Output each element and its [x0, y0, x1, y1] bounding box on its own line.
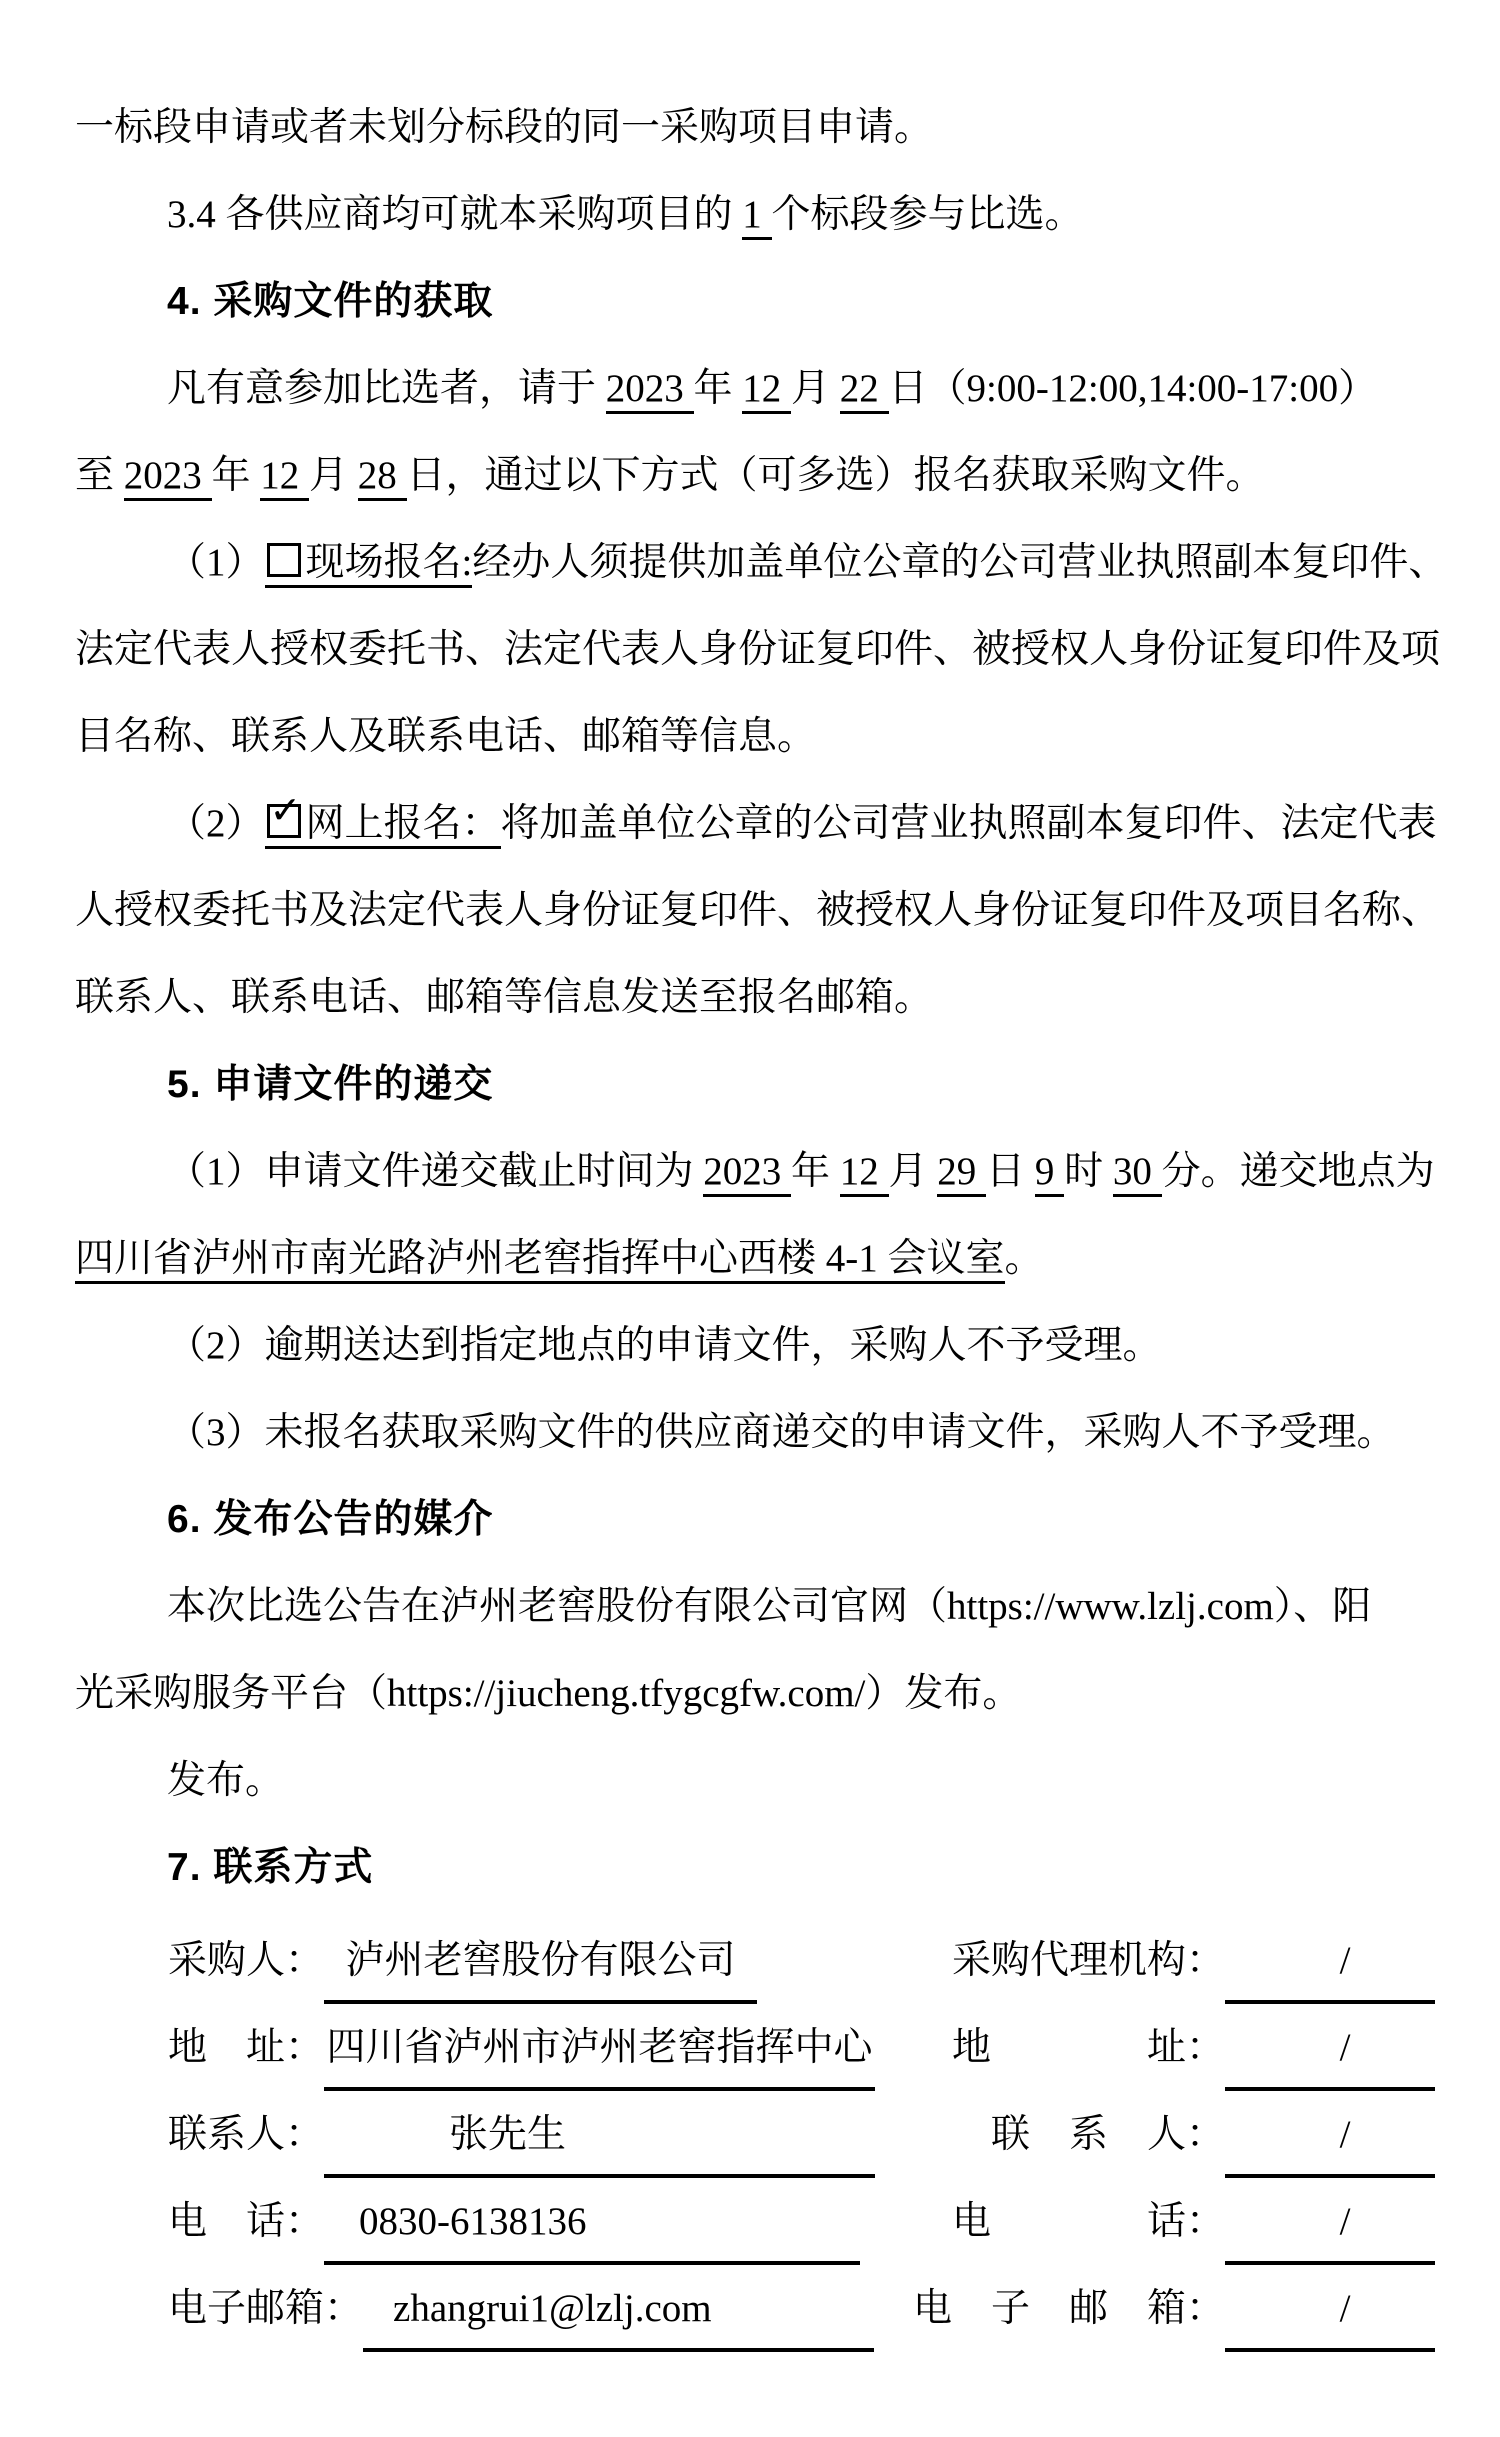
document-line: 至 2023 年 12 月 28 日，通过以下方式（可多选）报名获取采购文件。: [75, 432, 1460, 519]
text-segment: 日，通过以下方式（可多选）报名获取采购文件。: [407, 454, 1265, 497]
text-segment: 5. 申请文件的递交: [167, 1063, 493, 1106]
contact-label: 地 址：: [168, 2018, 324, 2078]
document-line: （2）✓网上报名：将加盖单位公章的公司营业执照副本复印件、法定代表: [75, 780, 1460, 867]
contact-field-value: /: [1225, 2105, 1435, 2178]
contact-label: 地 址：: [952, 2018, 1225, 2078]
contact-label: 电子邮箱：: [168, 2279, 363, 2339]
section-heading: 7. 联系方式: [75, 1824, 1460, 1911]
text-segment: 月: [889, 1150, 938, 1193]
text-segment: 年: [212, 454, 261, 497]
contact-field-value: 0830-6138136: [324, 2192, 860, 2265]
document-page: 一标段申请或者未划分标段的同一采购项目申请。3.4 各供应商均可就本采购项目的 …: [0, 0, 1500, 2437]
contact-label: 联 系 人：: [991, 2105, 1225, 2165]
text-segment: 目名称、联系人及联系电话、邮箱等信息。: [75, 715, 816, 758]
contact-row: 联系人：张先生联 系 人：/: [168, 2105, 1435, 2192]
contact-row: 电 话：0830-6138136电 话：/: [168, 2192, 1435, 2279]
contact-field-value: /: [1225, 2192, 1435, 2265]
document-line: 一标段申请或者未划分标段的同一采购项目申请。: [75, 84, 1460, 171]
text-segment: 月: [791, 367, 840, 410]
contact-label: 采购人：: [168, 1931, 324, 1991]
text-segment: 9: [1035, 1150, 1064, 1197]
text-segment: 至: [75, 454, 124, 497]
text-segment: 6. 发布公告的媒介: [167, 1498, 493, 1541]
text-segment: 经办人须提供加盖单位公章的公司营业执照副本复印件、: [472, 541, 1447, 584]
text-segment: 年: [791, 1150, 840, 1193]
contact-label: 电 子 邮 箱：: [913, 2279, 1225, 2339]
text-segment: 1: [742, 193, 771, 240]
text-segment: 法定代表人授权委托书、法定代表人身份证复印件、被授权人身份证复印件及项: [75, 628, 1440, 671]
text-segment: 发布。: [167, 1759, 284, 1802]
document-line: 凡有意参加比选者，请于 2023 年 12 月 22 日（9:00-12:00,…: [75, 345, 1460, 432]
text-segment: （2）: [167, 802, 265, 845]
contact-row: 采购人：泸州老窖股份有限公司采购代理机构：/: [168, 1931, 1435, 2018]
document-line: 3.4 各供应商均可就本采购项目的 1 个标段参与比选。: [75, 171, 1460, 258]
text-segment: 28: [358, 454, 407, 501]
text-segment: 日（9:00-12:00,14:00-17:00）: [889, 367, 1378, 410]
text-segment: 将加盖单位公章的公司营业执照副本复印件、法定代表: [501, 802, 1437, 845]
text-segment: 4. 采购文件的获取: [167, 280, 493, 323]
section-heading: 5. 申请文件的递交: [75, 1041, 1460, 1128]
document-line: 本次比选公告在泸州老窖股份有限公司官网（https://www.lzlj.com…: [75, 1563, 1460, 1650]
contact-row: 电子邮箱：zhangrui1@lzlj.com电 子 邮 箱：/: [168, 2279, 1435, 2366]
text-segment: （2）逾期送达到指定地点的申请文件，采购人不予受理。: [167, 1324, 1162, 1367]
contact-field-value: /: [1225, 2279, 1435, 2352]
document-line: 光采购服务平台（https://jiucheng.tfygcgfw.com/）发…: [75, 1650, 1460, 1737]
text-segment: 12: [742, 367, 791, 414]
text-segment: 12: [840, 1150, 889, 1197]
contact-row: 地 址：四川省泸州市泸州老窖指挥中心地 址：/: [168, 2018, 1435, 2105]
text-segment: 。: [1005, 1237, 1044, 1280]
text-segment: 2023: [703, 1150, 791, 1197]
checkbox-checked-icon[interactable]: ✓: [267, 804, 301, 838]
section-heading: 4. 采购文件的获取: [75, 258, 1460, 345]
document-line: （1）现场报名:经办人须提供加盖单位公章的公司营业执照副本复印件、: [75, 519, 1460, 606]
text-segment: 凡有意参加比选者，请于: [167, 367, 606, 410]
contact-field-value: zhangrui1@lzlj.com: [363, 2279, 874, 2352]
text-segment: 现场报名:: [306, 541, 473, 588]
document-line: （2）逾期送达到指定地点的申请文件，采购人不予受理。: [75, 1302, 1460, 1389]
contact-label: 采购代理机构：: [952, 1931, 1225, 1991]
contact-field-value: /: [1225, 1931, 1435, 2004]
text-segment: （1）申请文件递交截止时间为: [167, 1150, 703, 1193]
text-segment: 12: [260, 454, 309, 501]
document-line: 法定代表人授权委托书、法定代表人身份证复印件、被授权人身份证复印件及项: [75, 606, 1460, 693]
document-line: （1）申请文件递交截止时间为 2023 年 12 月 29 日 9 时 30 分…: [75, 1128, 1460, 1215]
text-segment: 2023: [124, 454, 212, 501]
contact-field-value: 泸州老窖股份有限公司: [324, 1931, 757, 2004]
contact-label: 电 话：: [168, 2192, 324, 2252]
document-line: 人授权委托书及法定代表人身份证复印件、被授权人身份证复印件及项目名称、: [75, 867, 1460, 954]
text-segment: 个标段参与比选。: [772, 193, 1084, 236]
text-segment: 分。递交地点为: [1162, 1150, 1435, 1193]
text-segment: [265, 541, 306, 588]
text-segment: 月: [309, 454, 358, 497]
checkbox-unchecked-icon[interactable]: [267, 543, 301, 577]
text-segment: 3.4 各供应商均可就本采购项目的: [167, 193, 742, 236]
contact-field-value: 四川省泸州市泸州老窖指挥中心: [324, 2018, 875, 2091]
text-segment: 22: [840, 367, 889, 414]
contact-label: 电 话：: [952, 2192, 1225, 2252]
document-line: （3）未报名获取采购文件的供应商递交的申请文件，采购人不予受理。: [75, 1389, 1460, 1476]
contact-label: 联系人：: [168, 2105, 324, 2165]
text-segment: 联系人、联系电话、邮箱等信息发送至报名邮箱。: [75, 976, 933, 1019]
text-segment: 光采购服务平台（https://jiucheng.tfygcgfw.com/）发…: [75, 1672, 1021, 1715]
text-segment: 7. 联系方式: [167, 1846, 373, 1889]
text-segment: （1）: [167, 541, 265, 584]
section-heading: 6. 发布公告的媒介: [75, 1476, 1460, 1563]
contact-field-value: /: [1225, 2018, 1435, 2091]
text-segment: 年: [694, 367, 743, 410]
document-body: 一标段申请或者未划分标段的同一采购项目申请。3.4 各供应商均可就本采购项目的 …: [75, 84, 1460, 1911]
text-segment: 网上报名：: [306, 802, 501, 849]
document-line: 目名称、联系人及联系电话、邮箱等信息。: [75, 693, 1460, 780]
check-icon: ✓: [270, 791, 302, 829]
text-segment: 30: [1113, 1150, 1162, 1197]
text-segment: 2023: [606, 367, 694, 414]
text-segment: 日: [986, 1150, 1035, 1193]
text-segment: （3）未报名获取采购文件的供应商递交的申请文件，采购人不予受理。: [167, 1411, 1396, 1454]
document-line: 四川省泸州市南光路泸州老窖指挥中心西楼 4-1 会议室。: [75, 1215, 1460, 1302]
text-segment: 时: [1064, 1150, 1113, 1193]
text-segment: 本次比选公告在泸州老窖股份有限公司官网（https://www.lzlj.com…: [167, 1585, 1371, 1628]
text-segment: 一标段申请或者未划分标段的同一采购项目申请。: [75, 106, 933, 149]
text-segment: 29: [937, 1150, 986, 1197]
text-segment: ✓: [265, 802, 306, 849]
contact-field-value: 张先生: [324, 2105, 875, 2178]
text-segment: 人授权委托书及法定代表人身份证复印件、被授权人身份证复印件及项目名称、: [75, 889, 1440, 932]
text-segment: 四川省泸州市南光路泸州老窖指挥中心西楼 4-1 会议室: [75, 1237, 1005, 1284]
contact-section: 采购人：泸州老窖股份有限公司采购代理机构：/地 址：四川省泸州市泸州老窖指挥中心…: [75, 1931, 1460, 2366]
document-line: 发布。: [75, 1737, 1460, 1824]
document-line: 联系人、联系电话、邮箱等信息发送至报名邮箱。: [75, 954, 1460, 1041]
